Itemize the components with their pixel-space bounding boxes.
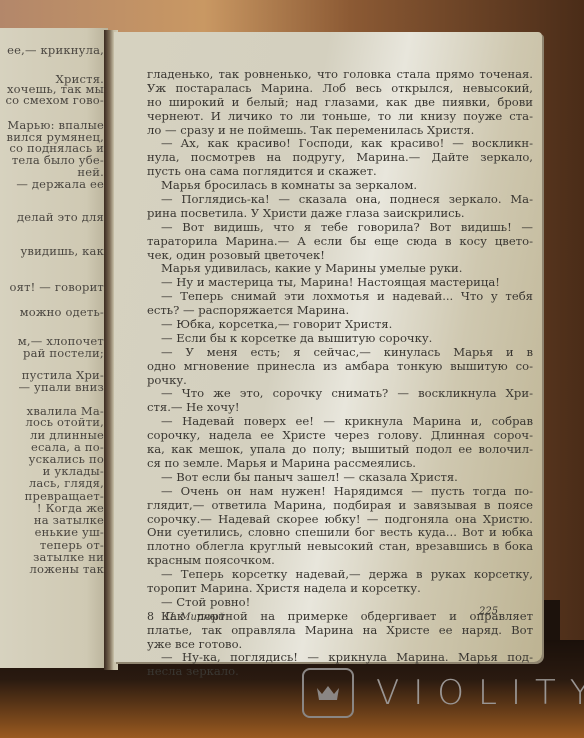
left-page-text-fragment: оят! — говорит	[0, 280, 104, 294]
text-line: нула, посмотрев на подругу, Марина.— Дай…	[147, 151, 533, 165]
left-page-text-fragment: лось отойти,	[0, 415, 104, 429]
text-line: Уж постаралась Марина. Лоб весь открылся…	[147, 82, 533, 96]
text-line: красным поясочком.	[147, 554, 533, 568]
text-line: Марья удивилась, какие у Марины умелые р…	[147, 262, 533, 276]
left-page-text-fragment: со смехом гово-	[0, 93, 104, 107]
left-page-text-fragment: енькие уш-	[0, 525, 104, 539]
text-line: тараторила Марина.— А если бы еще сюда в…	[147, 235, 533, 249]
text-line: торопит Марина. Христя надела и корсетку…	[147, 582, 533, 596]
text-line: уже все готово.	[147, 638, 533, 652]
text-line: ка, как мешок, упала до полу; вышитый по…	[147, 443, 533, 457]
text-line: — Ах, как красиво! Господи, как красиво!…	[147, 137, 533, 151]
text-line: — Вот видишь, что я тебе говорила? Вот в…	[147, 221, 533, 235]
text-line: — У меня есть; я сейчас,— кинулась Марья…	[147, 346, 533, 360]
text-line: — Что же это, сорочку снимать? — восклик…	[147, 387, 533, 401]
text-line: гладенько, так ровненько, что головка ст…	[147, 68, 533, 82]
text-line: чек, один розовый цветочек!	[147, 249, 533, 263]
text-line: рина посветила. У Христи даже глаза заис…	[147, 207, 533, 221]
text-line: пусть она сама поглядится и скажет.	[147, 165, 533, 179]
text-line: одно мгновение принесла из амбара тонкую…	[147, 360, 533, 374]
left-page-text-fragment: рай постели;	[0, 346, 104, 360]
text-line: ло — сразу и не поймешь. Так переменилас…	[147, 124, 533, 138]
text-line: — Очень он нам нужен! Нарядимся — пусть …	[147, 485, 533, 499]
text-line: ся по земле. Марья и Марина рассмеялись.	[147, 457, 533, 471]
text-line: — Если бы к корсетке да вышитую сорочку.	[147, 332, 533, 346]
violity-watermark: VIOLITY	[302, 668, 584, 718]
text-line: есть? — распоряжается Марина.	[147, 304, 533, 318]
text-line: — Стой ровно!	[147, 596, 533, 610]
text-line: чернеют. И личико то ли тоньше, то ли кн…	[147, 110, 533, 124]
left-page-text-fragment: увидишь, как	[0, 244, 104, 258]
left-page-text-fragment: делай это для	[0, 210, 104, 224]
text-line: — Теперь снимай эти лохмотья и надевай..…	[147, 290, 533, 304]
text-line: — Теперь корсетку надевай,— держа в рука…	[147, 568, 533, 582]
text-line: но широкий и белый; над глазами, как две…	[147, 96, 533, 110]
page-number: 225	[479, 606, 498, 617]
text-line: платье, так оправляла Марина на Христе е…	[147, 624, 533, 638]
text-line: рочку.	[147, 374, 533, 388]
text-line: стя.— Не хочу!	[147, 401, 533, 415]
left-page-text-fragment: лась, глядя,	[0, 476, 104, 490]
text-line: глядит,— ответила Марина, подбирая и зав…	[147, 499, 533, 513]
text-line: Они суетились, словно спешили бог весть …	[147, 526, 533, 540]
text-line: — Поглядись-ка! — сказала она, поднеся з…	[147, 193, 533, 207]
left-page-text-fragment: ее,— крикнула,	[0, 43, 104, 57]
text-line: плотно облегла круглый невысокий стан, в…	[147, 540, 533, 554]
text-line: — Юбка, корсетка,— говорит Христя.	[147, 318, 533, 332]
left-page: ее,— крикнула,Христя.хочешь, так мысо см…	[0, 28, 108, 668]
text-line: — Вот если бы паныч зашел! — сказала Хри…	[147, 471, 533, 485]
page-body-text: гладенько, так ровненько, что головка ст…	[147, 68, 533, 679]
page-footer-signature: 8 П. Мирный	[147, 610, 225, 623]
left-page-text-fragment: — упали вниз	[0, 380, 104, 394]
text-line: сорочку, надела ее Христе через голову. …	[147, 429, 533, 443]
text-line: сорочку.— Надевай скорее юбку! — подгоня…	[147, 513, 533, 527]
text-line: Марья бросилась в комнаты за зеркалом.	[147, 179, 533, 193]
text-line: — Ну и мастерица ты, Марина! Настоящая м…	[147, 276, 533, 290]
text-line: — Надевай поверх ее! — крикнула Марина и…	[147, 415, 533, 429]
left-page-text-fragment: ложены так	[0, 562, 104, 576]
left-page-text-fragment: — держала ее	[0, 177, 104, 191]
watermark-brand: VIOLITY	[376, 673, 584, 713]
crown-icon	[302, 668, 354, 718]
author-name: П. Мирный	[165, 612, 224, 623]
left-page-text-fragment: можно одеть-	[0, 305, 104, 319]
text-line: — Ну-ка, поглядись! — крикнула Марина. М…	[147, 651, 533, 665]
signature-number: 8	[147, 610, 154, 623]
